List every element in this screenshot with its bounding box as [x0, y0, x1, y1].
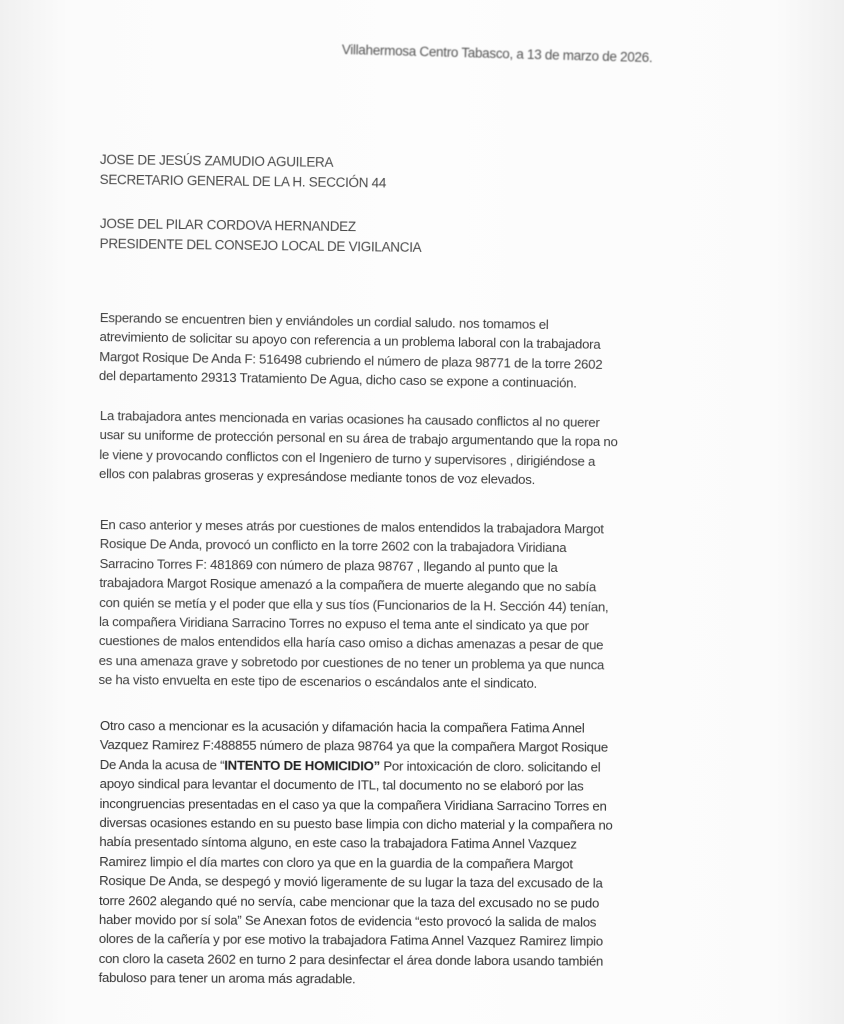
emphasis-suffix: Por intoxicación de cloro. solicitando e…	[380, 758, 600, 774]
addressee-title: SECRETARIO GENERAL DE LA H. SECCIÓN 44	[100, 170, 387, 193]
emphasis-prefix: De Anda la acusa de “	[100, 757, 225, 773]
addressee-block-1: JOSE DE JESÚS ZAMUDIO AGUILERA SECRETARI…	[100, 150, 387, 193]
addressee-block-2: JOSE DEL PILAR CORDOVA HERNANDEZ PRESIDE…	[100, 214, 422, 258]
paragraph-accusation: Otro caso a mencionar es la acusación y …	[99, 716, 740, 991]
addressee-title: PRESIDENTE DEL CONSEJO LOCAL DE VIGILANC…	[100, 234, 422, 258]
scanned-letter-page: Villahermosa Centro Tabasco, a 13 de mar…	[0, 0, 844, 1024]
date-line: Villahermosa Centro Tabasco, a 13 de mar…	[342, 42, 653, 65]
paragraph-uniform-conflicts: La trabajadora antes mencionada en varia…	[99, 406, 740, 493]
paragraph-greeting: Esperando se encuentren bien y enviándol…	[99, 308, 740, 396]
paragraph-line: fabuloso para tener un aroma más agradab…	[99, 968, 739, 991]
emphasis-text: INTENTO DE HOMICIDIO”	[224, 757, 380, 773]
paragraph-threat-incident: En caso anterior y meses atrás por cuest…	[98, 515, 739, 695]
